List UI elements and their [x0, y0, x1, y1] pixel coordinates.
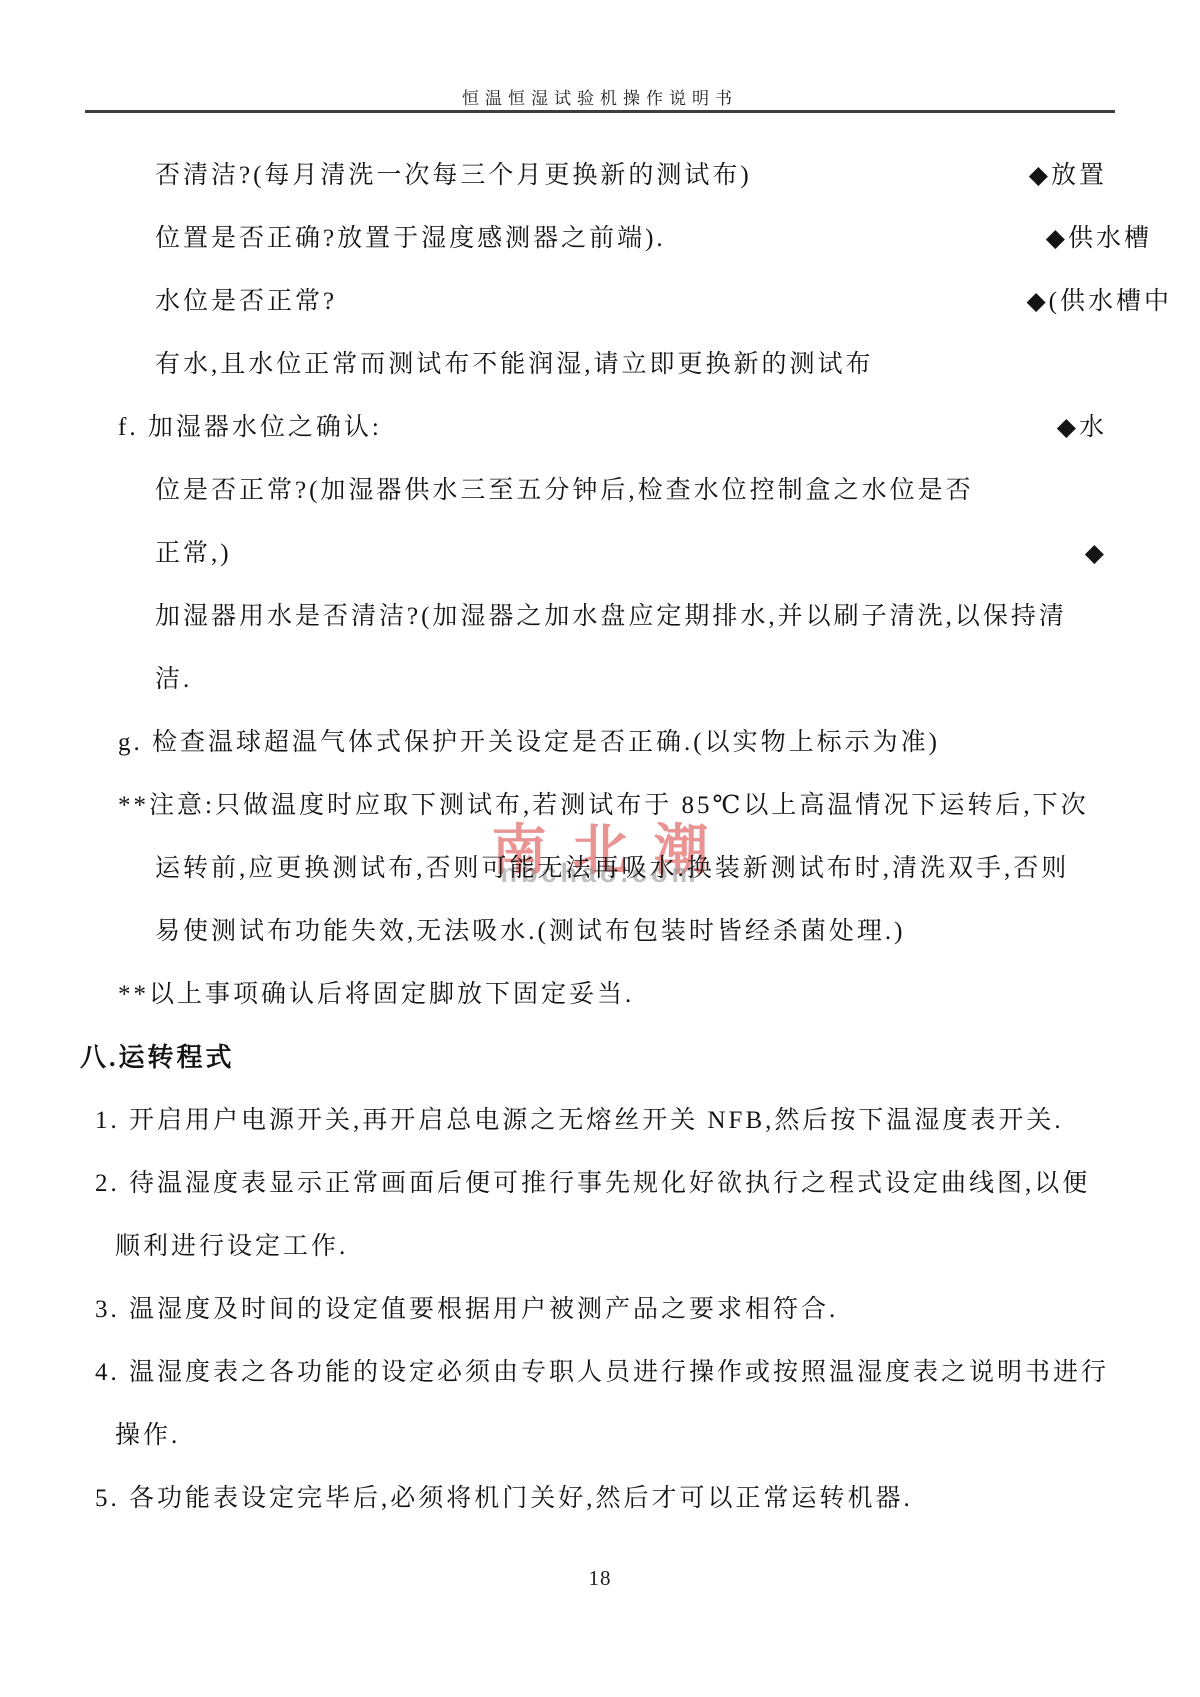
text-line-step-4: 4. 温湿度表之各功能的设定必须由专职人员进行操作或按照温湿度表之说明书进行 [0, 1341, 1200, 1404]
text-line-note: **以上事项确认后将固定脚放下固定妥当. [0, 963, 1200, 1026]
text-line: 操作. [0, 1404, 1200, 1467]
line-text: 有水,且水位正常而测试布不能润湿,请立即更换新的测试布 [155, 333, 874, 396]
line-text: 运转前,应更换测试布,否则可能无法再吸水.换装新测试布时,清洗双手,否则 [155, 837, 1069, 900]
text-line-item-f: f. 加湿器水位之确认: ◆水 [0, 396, 1200, 459]
line-text: **注意:只做温度时应取下测试布,若测试布于 85℃以上高温情况下运转后,下次 [118, 774, 1089, 837]
line-text: 4. 温湿度表之各功能的设定必须由专职人员进行操作或按照温湿度表之说明书进行 [95, 1341, 1109, 1404]
text-line: 运转前,应更换测试布,否则可能无法再吸水.换装新测试布时,清洗双手,否则 [0, 837, 1200, 900]
line-text: 水位是否正常? [155, 270, 337, 333]
text-line: 位是否正常?(加湿器供水三至五分钟后,检查水位控制盒之水位是否 [0, 459, 1200, 522]
text-line: 洁. [0, 648, 1200, 711]
text-line: 位置是否正确?放置于湿度感测器之前端). ◆供水槽 [0, 207, 1200, 270]
diamond-annotation: ◆供水槽 [1046, 207, 1152, 270]
line-text: 正常,) [155, 522, 232, 585]
diamond-annotation: ◆(供水槽中 [1026, 270, 1172, 333]
manual-page: 恒温恒湿试验机操作说明书 南北潮 nbchao.com 否清洁?(每月清洗一次每… [0, 0, 1200, 1697]
diamond-annotation: ◆水 [1057, 396, 1107, 459]
line-text: 1. 开启用户电源开关,再开启总电源之无熔丝开关 NFB,然后按下温湿度表开关. [95, 1089, 1064, 1152]
diamond-annotation: ◆ [1085, 522, 1107, 585]
line-text: 5. 各功能表设定完毕后,必须将机门关好,然后才可以正常运转机器. [95, 1467, 913, 1530]
page-header-title: 恒温恒湿试验机操作说明书 [0, 84, 1200, 109]
section-heading: 八.运转程式 [0, 1026, 1200, 1089]
text-line: 有水,且水位正常而测试布不能润湿,请立即更换新的测试布 [0, 333, 1200, 396]
text-line: 正常,) ◆ [0, 522, 1200, 585]
line-text: 洁. [155, 648, 192, 711]
line-text: 加湿器用水是否清洁?(加湿器之加水盘应定期排水,并以刷子清洗,以保持清 [155, 585, 1067, 648]
text-line: 加湿器用水是否清洁?(加湿器之加水盘应定期排水,并以刷子清洗,以保持清 [0, 585, 1200, 648]
line-text: 顺利进行设定工作. [115, 1215, 348, 1278]
text-line: 顺利进行设定工作. [0, 1215, 1200, 1278]
text-line-step-2: 2. 待温湿度表显示正常画面后便可推行事先规化好欲执行之程式设定曲线图,以便 [0, 1152, 1200, 1215]
text-line: 否清洁?(每月清洗一次每三个月更换新的测试布) ◆放置 [0, 144, 1200, 207]
document-body: 否清洁?(每月清洗一次每三个月更换新的测试布) ◆放置 位置是否正确?放置于湿度… [0, 144, 1200, 1530]
line-text: 2. 待温湿度表显示正常画面后便可推行事先规化好欲执行之程式设定曲线图,以便 [95, 1152, 1090, 1215]
line-text: 否清洁?(每月清洗一次每三个月更换新的测试布) [155, 144, 752, 207]
text-line-step-1: 1. 开启用户电源开关,再开启总电源之无熔丝开关 NFB,然后按下温湿度表开关. [0, 1089, 1200, 1152]
line-text: 3. 温湿度及时间的设定值要根据用户被测产品之要求相符合. [95, 1278, 838, 1341]
text-line: 易使测试布功能失效,无法吸水.(测试布包装时皆经杀菌处理.) [0, 900, 1200, 963]
text-line: 水位是否正常? ◆(供水槽中 [0, 270, 1200, 333]
line-text: 操作. [115, 1404, 180, 1467]
text-line-item-g: g. 检查温球超温气体式保护开关设定是否正确.(以实物上标示为准) [0, 711, 1200, 774]
line-text: 位置是否正确?放置于湿度感测器之前端). [155, 207, 666, 270]
text-line-note: **注意:只做温度时应取下测试布,若测试布于 85℃以上高温情况下运转后,下次 [0, 774, 1200, 837]
diamond-annotation: ◆放置 [1029, 144, 1107, 207]
line-text: 易使测试布功能失效,无法吸水.(测试布包装时皆经杀菌处理.) [155, 900, 905, 963]
text-line-step-5: 5. 各功能表设定完毕后,必须将机门关好,然后才可以正常运转机器. [0, 1467, 1200, 1530]
page-number: 18 [0, 1566, 1200, 1591]
line-text: 位是否正常?(加湿器供水三至五分钟后,检查水位控制盒之水位是否 [155, 459, 974, 522]
line-text: **以上事项确认后将固定脚放下固定妥当. [118, 963, 634, 1026]
header-rule [85, 110, 1115, 113]
line-text: f. 加湿器水位之确认: [118, 396, 382, 459]
section-heading-text: 八.运转程式 [80, 1026, 235, 1089]
text-line-step-3: 3. 温湿度及时间的设定值要根据用户被测产品之要求相符合. [0, 1278, 1200, 1341]
line-text: g. 检查温球超温气体式保护开关设定是否正确.(以实物上标示为准) [118, 711, 940, 774]
